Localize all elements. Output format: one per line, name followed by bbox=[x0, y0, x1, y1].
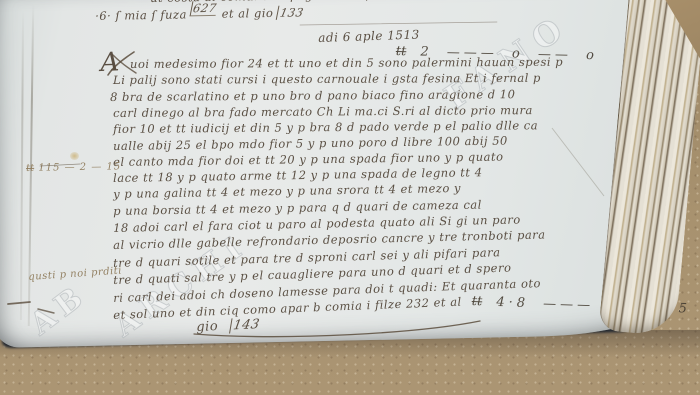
footer-gio-label: gio bbox=[196, 319, 218, 335]
lira-symbol: tt bbox=[26, 163, 34, 174]
footer-reference: gio 143 bbox=[196, 317, 260, 335]
folio-number-143: 143 bbox=[230, 317, 262, 333]
header-reference-text: et al gio bbox=[222, 6, 274, 21]
margin-sum-note: tt 115 — 2 — 15 bbox=[26, 161, 121, 174]
body-line: carl dinego al bra fado mercato Ch Li ma… bbox=[113, 103, 533, 120]
body-line: uoi medesimo fior 24 et tt uno et din 5 … bbox=[130, 55, 563, 71]
header-reference-text: ·6· ſ mia ſ fuza bbox=[95, 7, 187, 23]
manuscript-photograph: AB ARCHI FANO ut costa al comune et paga… bbox=[0, 0, 700, 395]
body-line: Li palij sono stati cursi i questo carno… bbox=[113, 71, 541, 87]
folio-number-627: 627 bbox=[189, 1, 218, 17]
body-line: 8 bra de scarlatino et p uno bro d pano … bbox=[110, 87, 515, 104]
lira-symbol: tt bbox=[471, 294, 482, 309]
folio-number-133: 133 bbox=[276, 5, 305, 20]
margin-sum-text: 115 — 2 — 15 bbox=[38, 161, 121, 173]
